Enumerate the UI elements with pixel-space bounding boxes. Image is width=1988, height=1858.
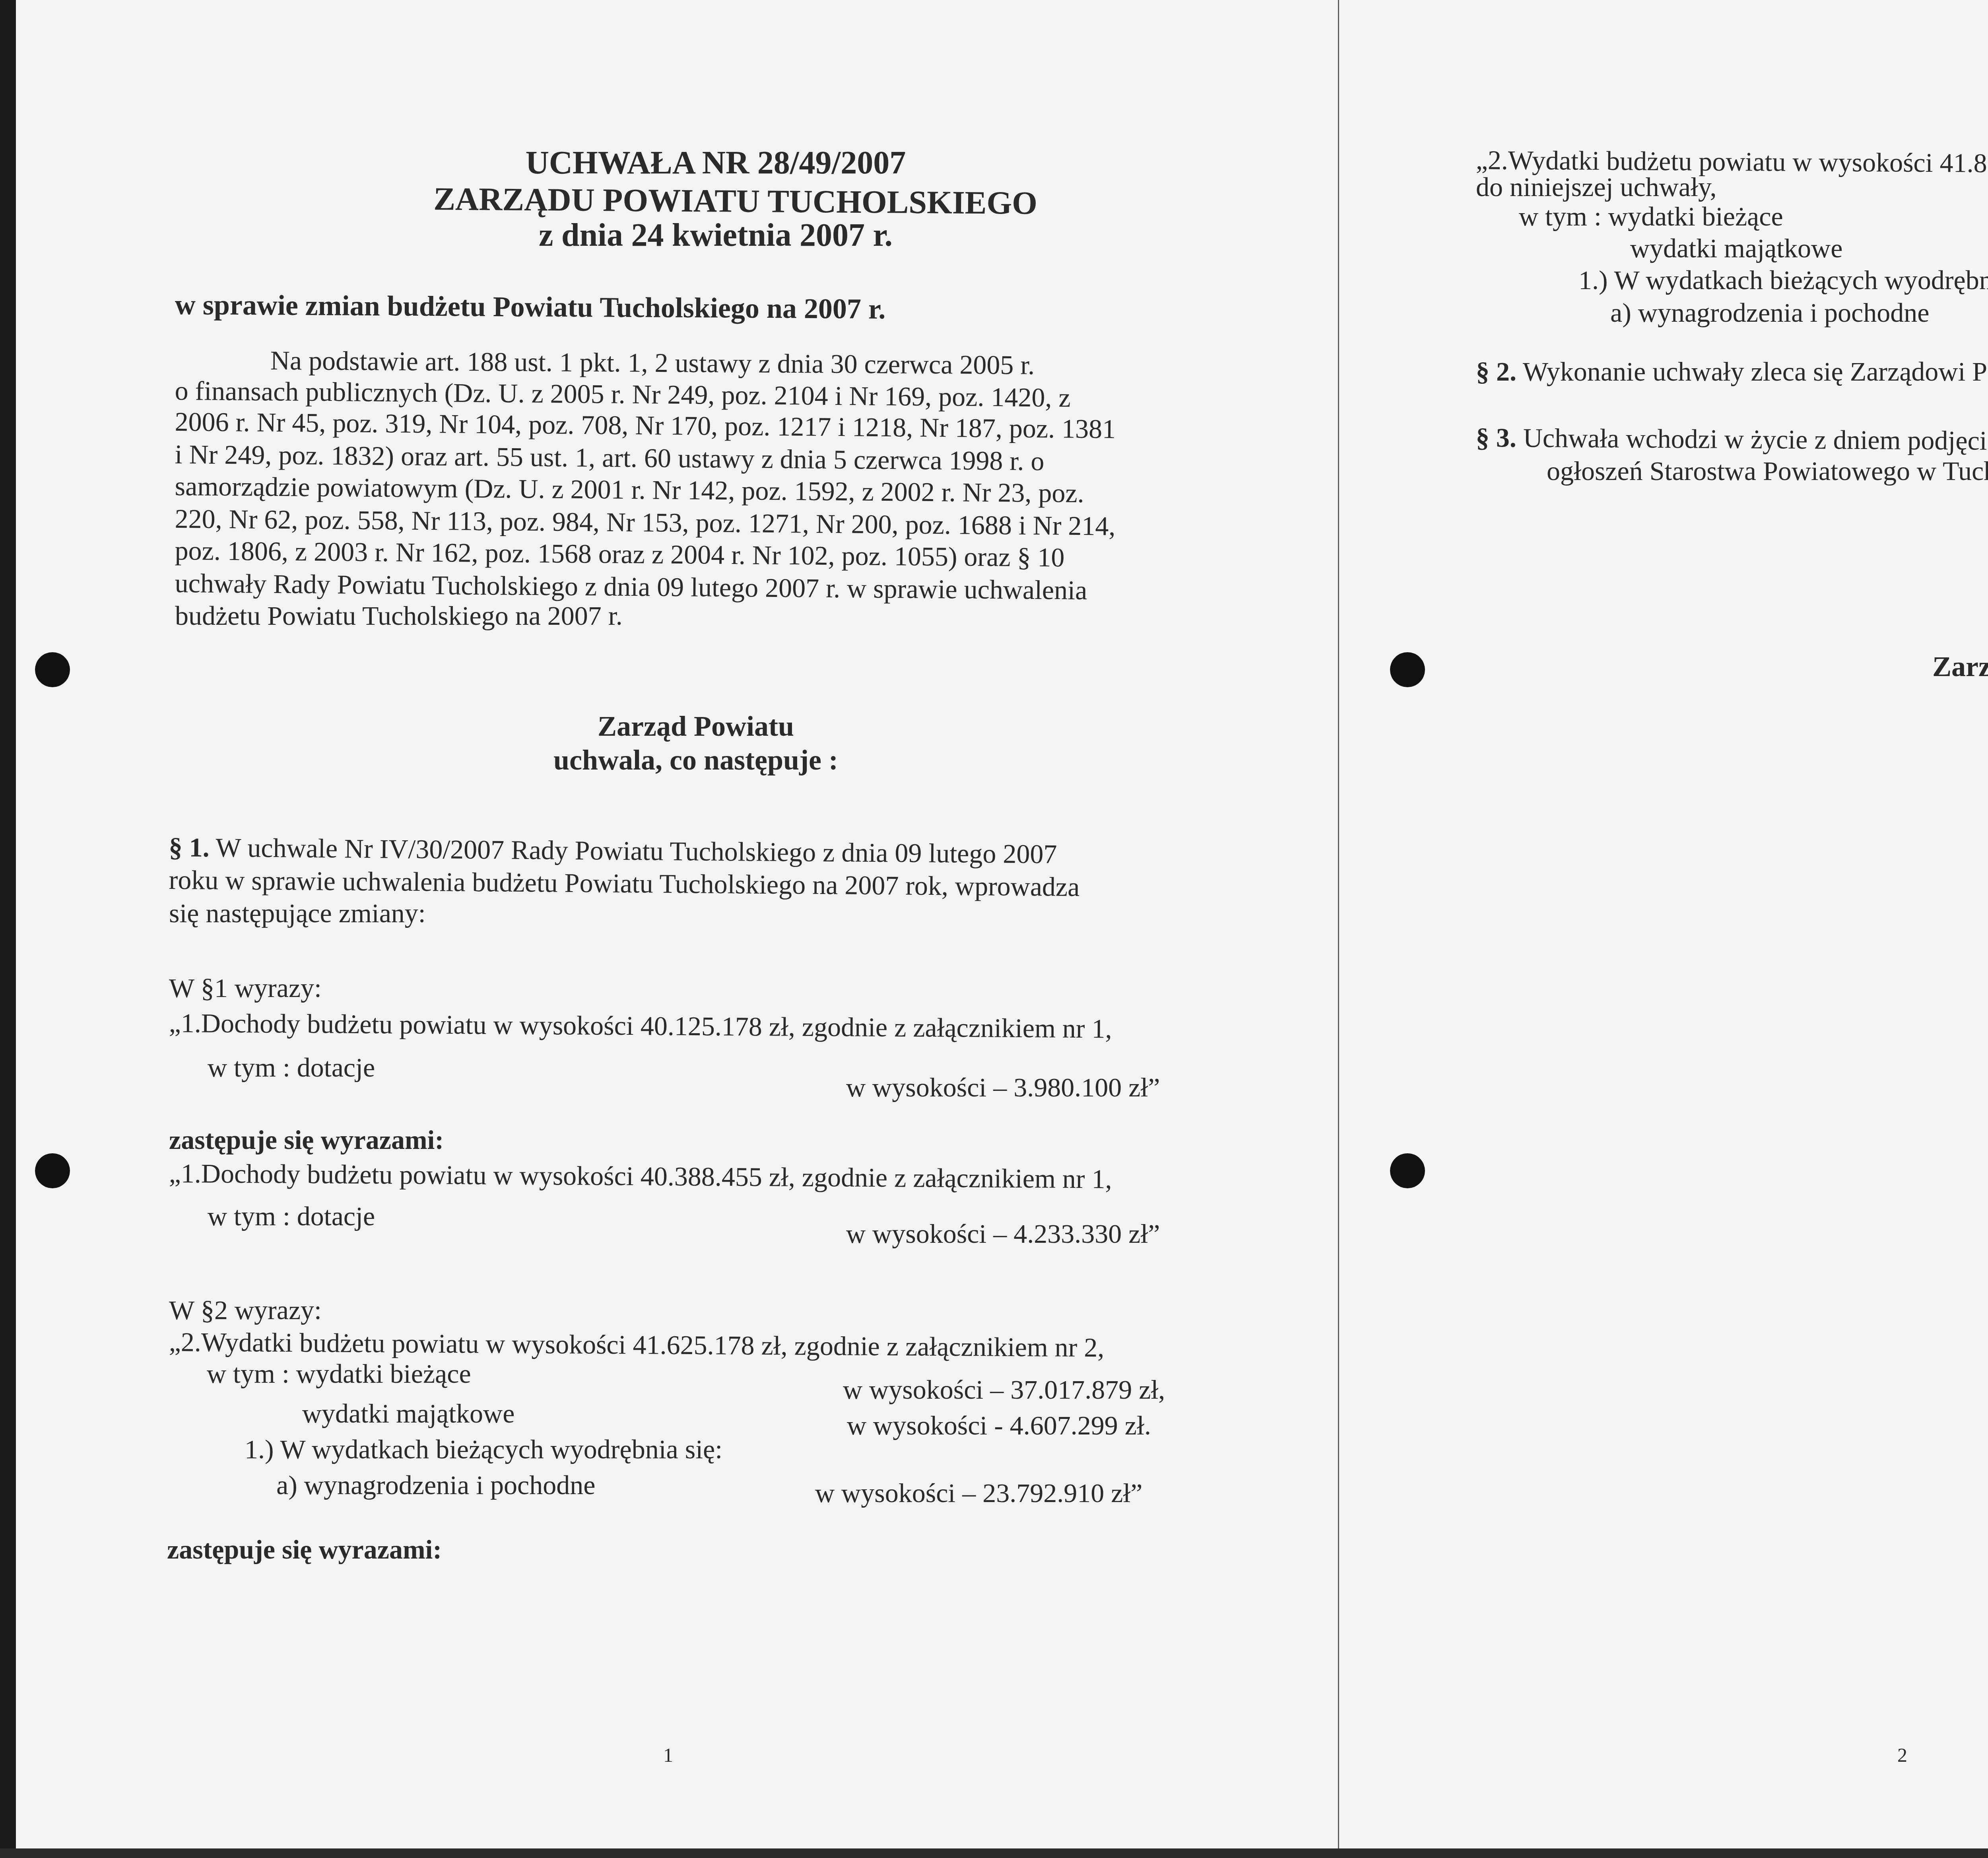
- s2-new-row-label: 1.) W wydatkach bieżących wyodrębnia się…: [1578, 266, 1988, 293]
- page-divider: [1338, 0, 1339, 1848]
- par1-line: się następujące zmiany:: [169, 900, 426, 927]
- resolves-heading: uchwala, co następuje :: [477, 746, 914, 774]
- punch-hole: [35, 1153, 70, 1188]
- legal-basis-line: 2006 r. Nr 45, poz. 319, Nr 104, poz. 70…: [175, 408, 1116, 443]
- resolution-date: z dnia 24 kwietnia 2007 r.: [398, 219, 1034, 251]
- legal-basis-line: samorządzie powiatowym (Dz. U. z 2001 r.…: [175, 472, 1084, 507]
- s1-old-sub-value: w wysokości – 3.980.100 zł”: [846, 1074, 1160, 1101]
- s2-old-row-label: w tym : wydatki bieżące: [207, 1360, 471, 1387]
- par3-line: ogłoszeń Starostwa Powiatowego w Tucholi…: [1547, 457, 1988, 484]
- s2-new-row-label: w tym : wydatki bieżące: [1519, 203, 1783, 230]
- legal-basis-line: o finansach publicznych (Dz. U. z 2005 r…: [175, 377, 1070, 411]
- punch-hole: [35, 652, 70, 687]
- s2-new-line: do niniejszej uchwały,: [1476, 173, 1717, 200]
- page-number: 2: [1897, 1745, 1907, 1765]
- par3-label: § 3.: [1476, 422, 1516, 453]
- s1-old-heading: W §1 wyrazy:: [169, 974, 322, 1001]
- s1-old-line: „1.Dochody budżetu powiatu w wysokości 4…: [169, 1009, 1112, 1042]
- s1-old-sub-label: w tym : dotacje: [208, 1054, 375, 1081]
- legal-basis-line: 220, Nr 62, poz. 558, Nr 113, poz. 984, …: [175, 505, 1115, 540]
- legal-basis-line: uchwały Rady Powiatu Tucholskiego z dnia…: [175, 569, 1087, 604]
- s2-old-row-label: wydatki majątkowe: [302, 1400, 514, 1427]
- par2: § 2. Wykonanie uchwały zleca się Zarządo…: [1476, 358, 1988, 385]
- s2-old-row-value: w wysokości – 37.017.879 zł,: [843, 1376, 1165, 1403]
- par2-label: § 2.: [1476, 356, 1516, 387]
- punch-hole: [1390, 652, 1425, 687]
- s2-old-row-label: a) wynagrodzenia i pochodne: [276, 1471, 595, 1498]
- scan-edge-left: [0, 0, 16, 1858]
- s2-old-line: „2.Wydatki budżetu powiatu w wysokości 4…: [169, 1328, 1105, 1361]
- issuing-body: ZARZĄDU POWIATU TUCHOLSKIEGO: [357, 182, 1113, 220]
- legal-basis-line: Na podstawie art. 188 ust. 1 pkt. 1, 2 u…: [270, 347, 1035, 379]
- s2-old-heading: W §2 wyrazy:: [169, 1296, 322, 1324]
- punch-hole: [1390, 1153, 1425, 1188]
- s2-old-row-value: w wysokości – 23.792.910 zł”: [815, 1479, 1142, 1506]
- replace-label: zastępuje się wyrazami:: [169, 1126, 444, 1153]
- s2-old-row-label: 1.) W wydatkach bieżących wyodrębnia się…: [245, 1436, 722, 1463]
- page-number: 1: [663, 1745, 673, 1765]
- s2-new-row-label: wydatki majątkowe: [1630, 235, 1842, 262]
- legal-basis-line: budżetu Powiatu Tucholskiego na 2007 r.: [175, 602, 623, 629]
- s1-new-sub-value: w wysokości – 4.233.330 zł”: [846, 1220, 1160, 1247]
- par1-label: § 1.: [169, 832, 210, 863]
- scan-edge-bottom: [0, 1848, 1988, 1858]
- legal-basis-line: poz. 1806, z 2003 r. Nr 162, poz. 1568 o…: [175, 537, 1064, 571]
- par1-line: § 1. W uchwale Nr IV/30/2007 Rady Powiat…: [169, 834, 1057, 868]
- signatories-heading: Zarząd Powiatu: [1932, 652, 1988, 681]
- s2-old-row-value: w wysokości - 4.607.299 zł.: [847, 1412, 1151, 1439]
- par1-line: roku w sprawie uchwalenia budżetu Powiat…: [169, 866, 1079, 900]
- par3-line: § 3. Uchwała wchodzi w życie z dniem pod…: [1476, 424, 1988, 456]
- resolution-subject: w sprawie zmian budżetu Powiatu Tucholsk…: [175, 290, 886, 323]
- replace-label: zastępuje się wyrazami:: [167, 1536, 442, 1563]
- s2-new-row-label: a) wynagrodzenia i pochodne: [1610, 299, 1929, 326]
- s1-new-sub-label: w tym : dotacje: [208, 1203, 375, 1230]
- legal-basis-line: i Nr 249, poz. 1832) oraz art. 55 ust. 1…: [175, 441, 1044, 474]
- resolving-body: Zarząd Powiatu: [477, 712, 914, 740]
- s1-new-line: „1.Dochody budżetu powiatu w wysokości 4…: [169, 1160, 1112, 1192]
- resolution-number: UCHWAŁA NR 28/49/2007: [398, 146, 1034, 179]
